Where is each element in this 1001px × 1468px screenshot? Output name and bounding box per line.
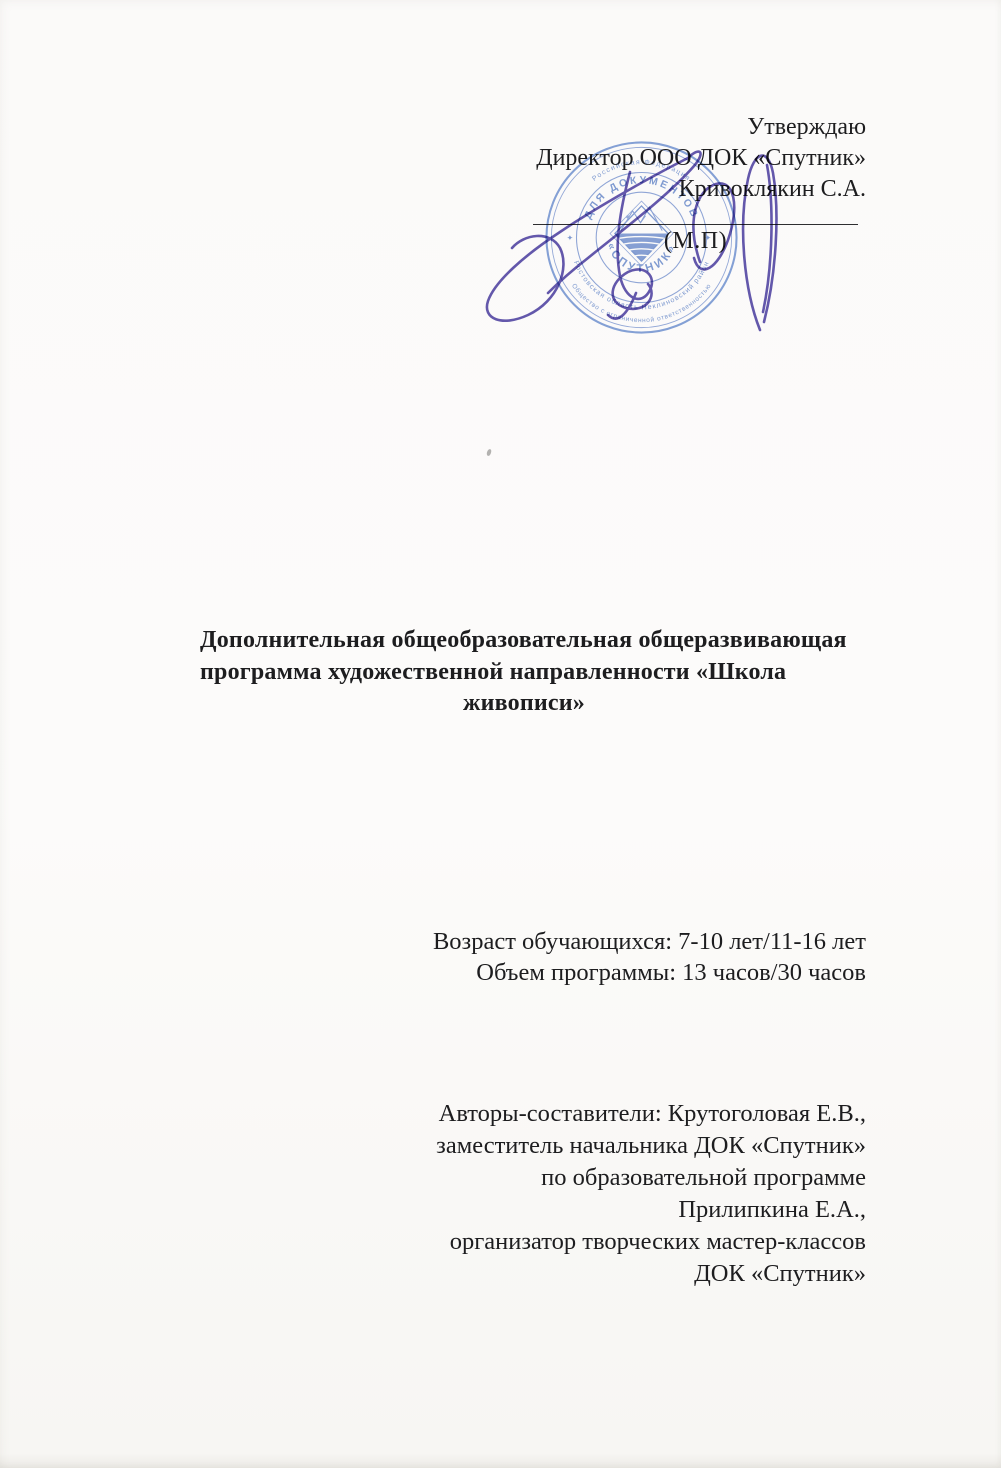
authors-line-6: ДОК «Спутник»: [436, 1258, 866, 1290]
authors-line-1: Авторы-составители: Крутоголовая Е.В.,: [436, 1098, 866, 1130]
signature-stroke-cusp: [548, 152, 701, 293]
signature-stroke-knot: [613, 172, 652, 309]
scan-speck: [486, 449, 492, 457]
signature-stroke-right-loop: [693, 183, 734, 269]
title-line-1: Дополнительная общеобразовательная общер…: [200, 625, 848, 657]
volume-line: Объем программы: 13 часов/30 часов: [433, 957, 866, 988]
title-line-2: программа художественной направленности …: [200, 657, 848, 689]
authors-line-2: заместитель начальника ДОК «Спутник»: [436, 1130, 866, 1162]
authors-line-5: организатор творческих мастер-классов: [436, 1226, 866, 1258]
authors-block: Авторы-составители: Крутоголовая Е.В., з…: [436, 1098, 866, 1290]
age-line: Возраст обучающихся: 7-10 лет/11-16 лет: [433, 926, 866, 957]
program-details: Возраст обучающихся: 7-10 лет/11-16 лет …: [433, 926, 866, 988]
authors-line-4: Прилипкина Е.А.,: [436, 1194, 866, 1226]
scanned-document-page: { "doc": { "approval": { "approve_word":…: [0, 0, 1001, 1468]
program-title: Дополнительная общеобразовательная общер…: [200, 625, 848, 720]
signature-ink: [470, 135, 850, 355]
authors-line-3: по образовательной программе: [436, 1162, 866, 1194]
signature-stroke-diagonal: [487, 158, 688, 321]
title-line-3: живописи»: [200, 688, 848, 720]
